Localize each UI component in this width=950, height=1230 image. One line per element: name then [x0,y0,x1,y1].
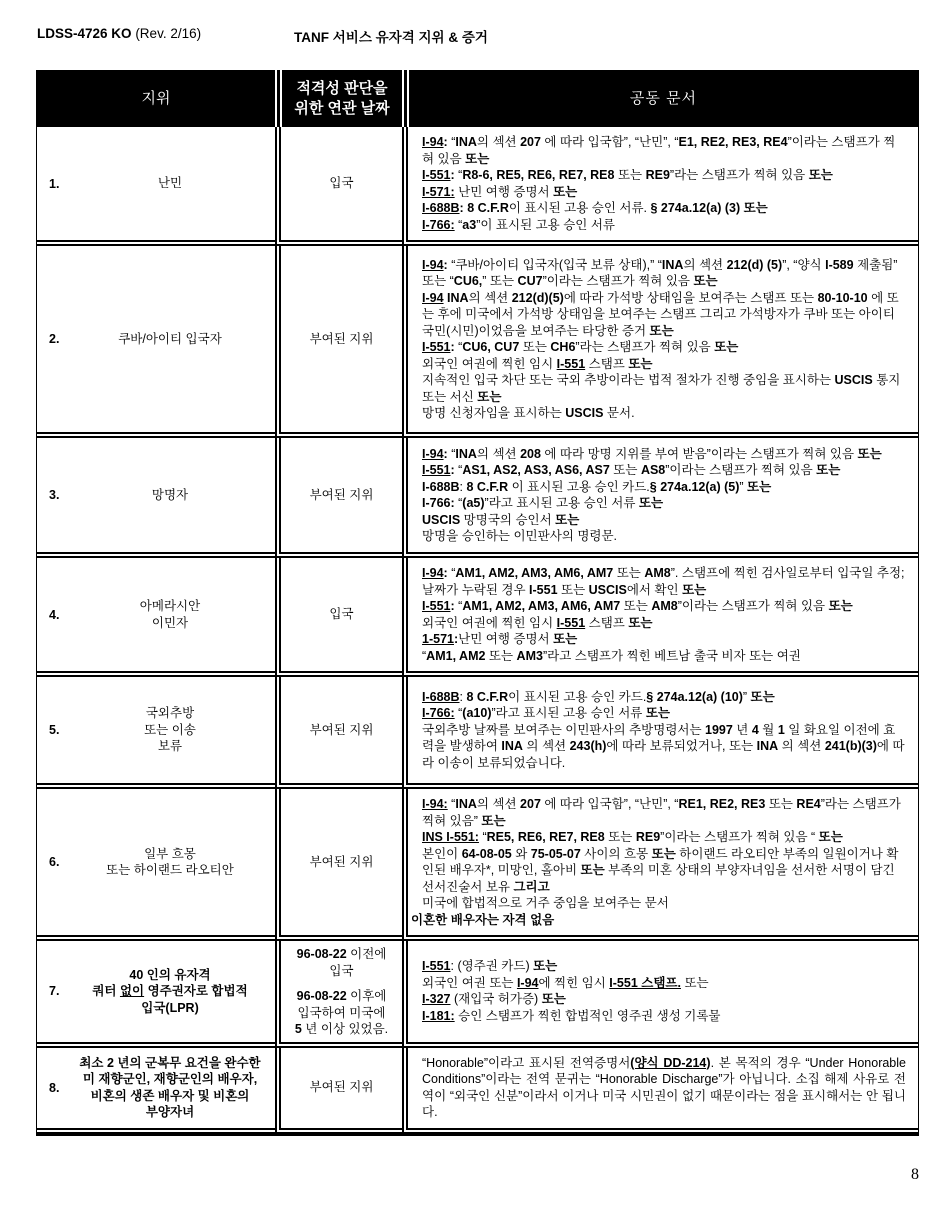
documents-cell: I-551: (영주권 카드) 또는외국인 여권 또는 I-94에 찍힌 임시 … [402,941,918,1048]
status-label: 최소 2 년의 군복무 요건을 완수한미 재향군인, 재향군인의 배우자,비혼의… [73,1055,267,1121]
status-cell: 4.아메라시안이민자 [37,558,275,677]
date-cell: 입국 [275,558,402,677]
text-line: I-688B: 8 C.F.R이 표시된 고용 승인 카드.§ 274a.12(… [422,689,906,706]
text-line: INS I-551: “RE5, RE6, RE7, RE8 또는 RE9”이라… [422,829,906,846]
status-label: 국외추방또는 이송보류 [73,705,267,755]
table-row-8: 8.최소 2 년의 군복무 요건을 완수한미 재향군인, 재향군인의 배우자,비… [37,1048,918,1134]
document-page: { "page": { "form_id": "LDSS-4726 KO", "… [0,0,950,1230]
page-header: LDSS-4726 KO (Rev. 2/16) TANF 서비스 유자격 지위… [0,26,950,66]
row-number: 1. [49,175,59,192]
table-row-5: 5.국외추방또는 이송보류 부여된 지위 I-688B: 8 C.F.R이 표시… [37,677,918,789]
text-line: I-94: “쿠바/아이티 입국자(입국 보류 상태),” “INA의 섹션 2… [422,257,906,290]
page-number: 8 [911,1166,919,1184]
date-cell: 부여된 지위 [275,438,402,558]
text-line: 입국 [287,175,396,192]
text-line: 외국인 여권 또는 I-94에 찍힌 임시 I-551 스탬프. 또는 [422,975,906,992]
text-line: I-94: “INA의 섹션 207 에 따라 입국함”, “난민”, “RE1… [422,796,906,829]
status-cell: 8.최소 2 년의 군복무 요건을 완수한미 재향군인, 재향군인의 배우자,비… [37,1048,275,1134]
text-line: 96-08-22 이전에입국 [287,946,396,979]
table-row-7: 7.40 인의 유자격쿼터 없이 영주권자로 합법적입국(LPR) 96-08-… [37,941,918,1048]
date-cell: 96-08-22 이전에입국96-08-22 이후에입국하여 미국에5 년 이상… [275,941,402,1048]
date-cell: 부여된 지위 [275,1048,402,1134]
date-cell: 부여된 지위 [275,677,402,789]
column-header-date: 적격성 판단을위한 연관 날짜 [275,70,402,127]
table-body: 1.난민 입국 I-94: “INA의 섹션 207 에 따라 입국함”, “난… [37,127,918,1134]
text-line: USCIS 망명국의 승인서 또는 [422,512,906,529]
text-line: I-327 (재입국 허가증) 또는 [422,991,906,1008]
text-line: I-551: “AM1, AM2, AM3, AM6, AM7 또는 AM8”이… [422,598,906,615]
table-row-2: 2.쿠바/아이티 입국자 부여된 지위 I-94: “쿠바/아이티 입국자(입국… [37,246,918,438]
text-line: I-766: “(a5)”라고 표시된 고용 승인 서류 또는 [422,495,906,512]
text-line: 망명을 승인하는 이민판사의 명령문. [422,528,906,545]
text-line: 부여된 지위 [287,487,396,504]
status-label: 40 인의 유자격쿼터 없이 영주권자로 합법적입국(LPR) [73,967,267,1017]
text-line: “AM1, AM2 또는 AM3”라고 스탬프가 찍힌 베트남 출국 비자 또는… [422,648,906,665]
text-line: I-94: “INA의 섹션 207 에 따라 입국함”, “난민”, “E1,… [422,134,906,167]
text-line: 부여된 지위 [287,722,396,739]
text-line: 외국인 여권에 찍힌 임시 I-551 스탬프 또는 [422,615,906,632]
status-cell: 1.난민 [37,127,275,246]
text-line: I-551: “R8-6, RE5, RE6, RE7, RE8 또는 RE9”… [422,167,906,184]
text-line: I-551: “CU6, CU7 또는 CH6”라는 스탬프가 찍혀 있음 또는 [422,339,906,356]
text-line: 국외추방 날짜를 보여주는 이민판사의 추방명령서는 1997 년 4 월 1 … [422,722,906,772]
status-label: 쿠바/아이티 입국자 [73,331,267,348]
text-line: I-551: (영주권 카드) 또는 [422,958,906,975]
text-line: 입국 [287,606,396,623]
row-number: 8. [49,1079,59,1096]
text-line: 부여된 지위 [287,331,396,348]
row-number: 4. [49,606,59,623]
table-row-3: 3.망명자 부여된 지위 I-94: “INA의 섹션 208 에 따라 망명 … [37,438,918,558]
status-label: 망명자 [73,487,267,504]
text-line: 본인이 64-08-05 와 75-05-07 사이의 흐몽 또는 하이랜드 라… [422,846,906,896]
text-line: I-551: “AS1, AS2, AS3, AS6, AS7 또는 AS8”이… [422,462,906,479]
table-row-4: 4.아메라시안이민자 입국 I-94: “AM1, AM2, AM3, AM6,… [37,558,918,677]
table-row-1: 1.난민 입국 I-94: “INA의 섹션 207 에 따라 입국함”, “난… [37,127,918,246]
column-header-documents: 공동 문서 [402,70,918,127]
text-line: 부여된 지위 [287,1079,396,1096]
text-line: I-766: “(a10)”라고 표시된 고용 승인 서류 또는 [422,705,906,722]
text-line: 이혼한 배우자는 자격 없음 [411,912,906,929]
documents-cell: I-94: “INA의 섹션 208 에 따라 망명 지위를 부여 받음”이라는… [402,438,918,558]
text-line: I-181: 승인 스탬프가 찍힌 합법적인 영주권 생성 기록물 [422,1008,906,1025]
row-number: 5. [49,722,59,739]
table-header: 지위 적격성 판단을위한 연관 날짜 공동 문서 [37,70,918,127]
text-line: 1-571:난민 여행 증명서 또는 [422,631,906,648]
documents-cell: I-94: “AM1, AM2, AM3, AM6, AM7 또는 AM8”. … [402,558,918,677]
status-label: 난민 [73,175,267,192]
text-line: 지속적인 입국 차단 또는 국외 추방이라는 법적 절차가 진행 중임을 표시하… [422,372,906,405]
date-cell: 입국 [275,127,402,246]
status-label: 일부 흐몽또는 하이랜드 라오티안 [73,846,267,879]
text-line: 외국인 여권에 찍힌 임시 I-551 스탬프 또는 [422,356,906,373]
page-title: TANF 서비스 유자격 지위 & 증거 [294,26,488,46]
date-cell: 부여된 지위 [275,789,402,941]
date-cell: 부여된 지위 [275,246,402,438]
documents-cell: I-94: “INA의 섹션 207 에 따라 입국함”, “난민”, “RE1… [402,789,918,941]
eligibility-table: 지위 적격성 판단을위한 연관 날짜 공동 문서 1.난민 입국 I-94: “… [36,70,919,1136]
text-line: I-571: 난민 여행 증명서 또는 [422,184,906,201]
form-revision: (Rev. 2/16) [135,26,201,41]
documents-cell: “Honorable”이라고 표시된 전역증명서(양식 DD-214). 본 목… [402,1048,918,1134]
text-line: 미국에 합법적으로 거주 중임을 보여주는 문서 [422,895,906,912]
row-number: 2. [49,331,59,348]
text-line: I-766: “a3”이 표시된 고용 승인 서류 [422,217,906,234]
text-line: 망명 신청자임을 표시하는 USCIS 문서. [422,405,906,422]
status-cell: 2.쿠바/아이티 입국자 [37,246,275,438]
row-number: 6. [49,854,59,871]
text-line: I-94: “AM1, AM2, AM3, AM6, AM7 또는 AM8”. … [422,565,906,598]
documents-cell: I-688B: 8 C.F.R이 표시된 고용 승인 카드.§ 274a.12(… [402,677,918,789]
status-cell: 3.망명자 [37,438,275,558]
column-header-status: 지위 [37,70,275,127]
text-line: “Honorable”이라고 표시된 전역증명서(양식 DD-214). 본 목… [422,1055,906,1121]
text-line: I-94: “INA의 섹션 208 에 따라 망명 지위를 부여 받음”이라는… [422,446,906,463]
row-number: 3. [49,487,59,504]
form-number: LDSS-4726 KO [37,26,132,41]
status-cell: 6.일부 흐몽또는 하이랜드 라오티안 [37,789,275,941]
row-number: 7. [49,983,59,1000]
form-id: LDSS-4726 KO (Rev. 2/16) [37,26,201,41]
documents-cell: I-94: “INA의 섹션 207 에 따라 입국함”, “난민”, “E1,… [402,127,918,246]
table-row-6: 6.일부 흐몽또는 하이랜드 라오티안 부여된 지위 I-94: “INA의 섹… [37,789,918,941]
status-label: 아메라시안이민자 [73,598,267,631]
status-cell: 7.40 인의 유자격쿼터 없이 영주권자로 합법적입국(LPR) [37,941,275,1048]
text-line: I-688B: 8 C.F.R 이 표시된 고용 승인 카드.§ 274a.12… [422,479,906,496]
documents-cell: I-94: “쿠바/아이티 입국자(입국 보류 상태),” “INA의 섹션 2… [402,246,918,438]
text-line: 96-08-22 이후에입국하여 미국에5 년 이상 있었음. [287,988,396,1038]
text-line: I-94 INA의 섹션 212(d)(5)에 따라 가석방 상태임을 보여주는… [422,290,906,340]
text-line: 부여된 지위 [287,854,396,871]
status-cell: 5.국외추방또는 이송보류 [37,677,275,789]
text-line: I-688B: 8 C.F.R이 표시된 고용 승인 서류. § 274a.12… [422,200,906,217]
